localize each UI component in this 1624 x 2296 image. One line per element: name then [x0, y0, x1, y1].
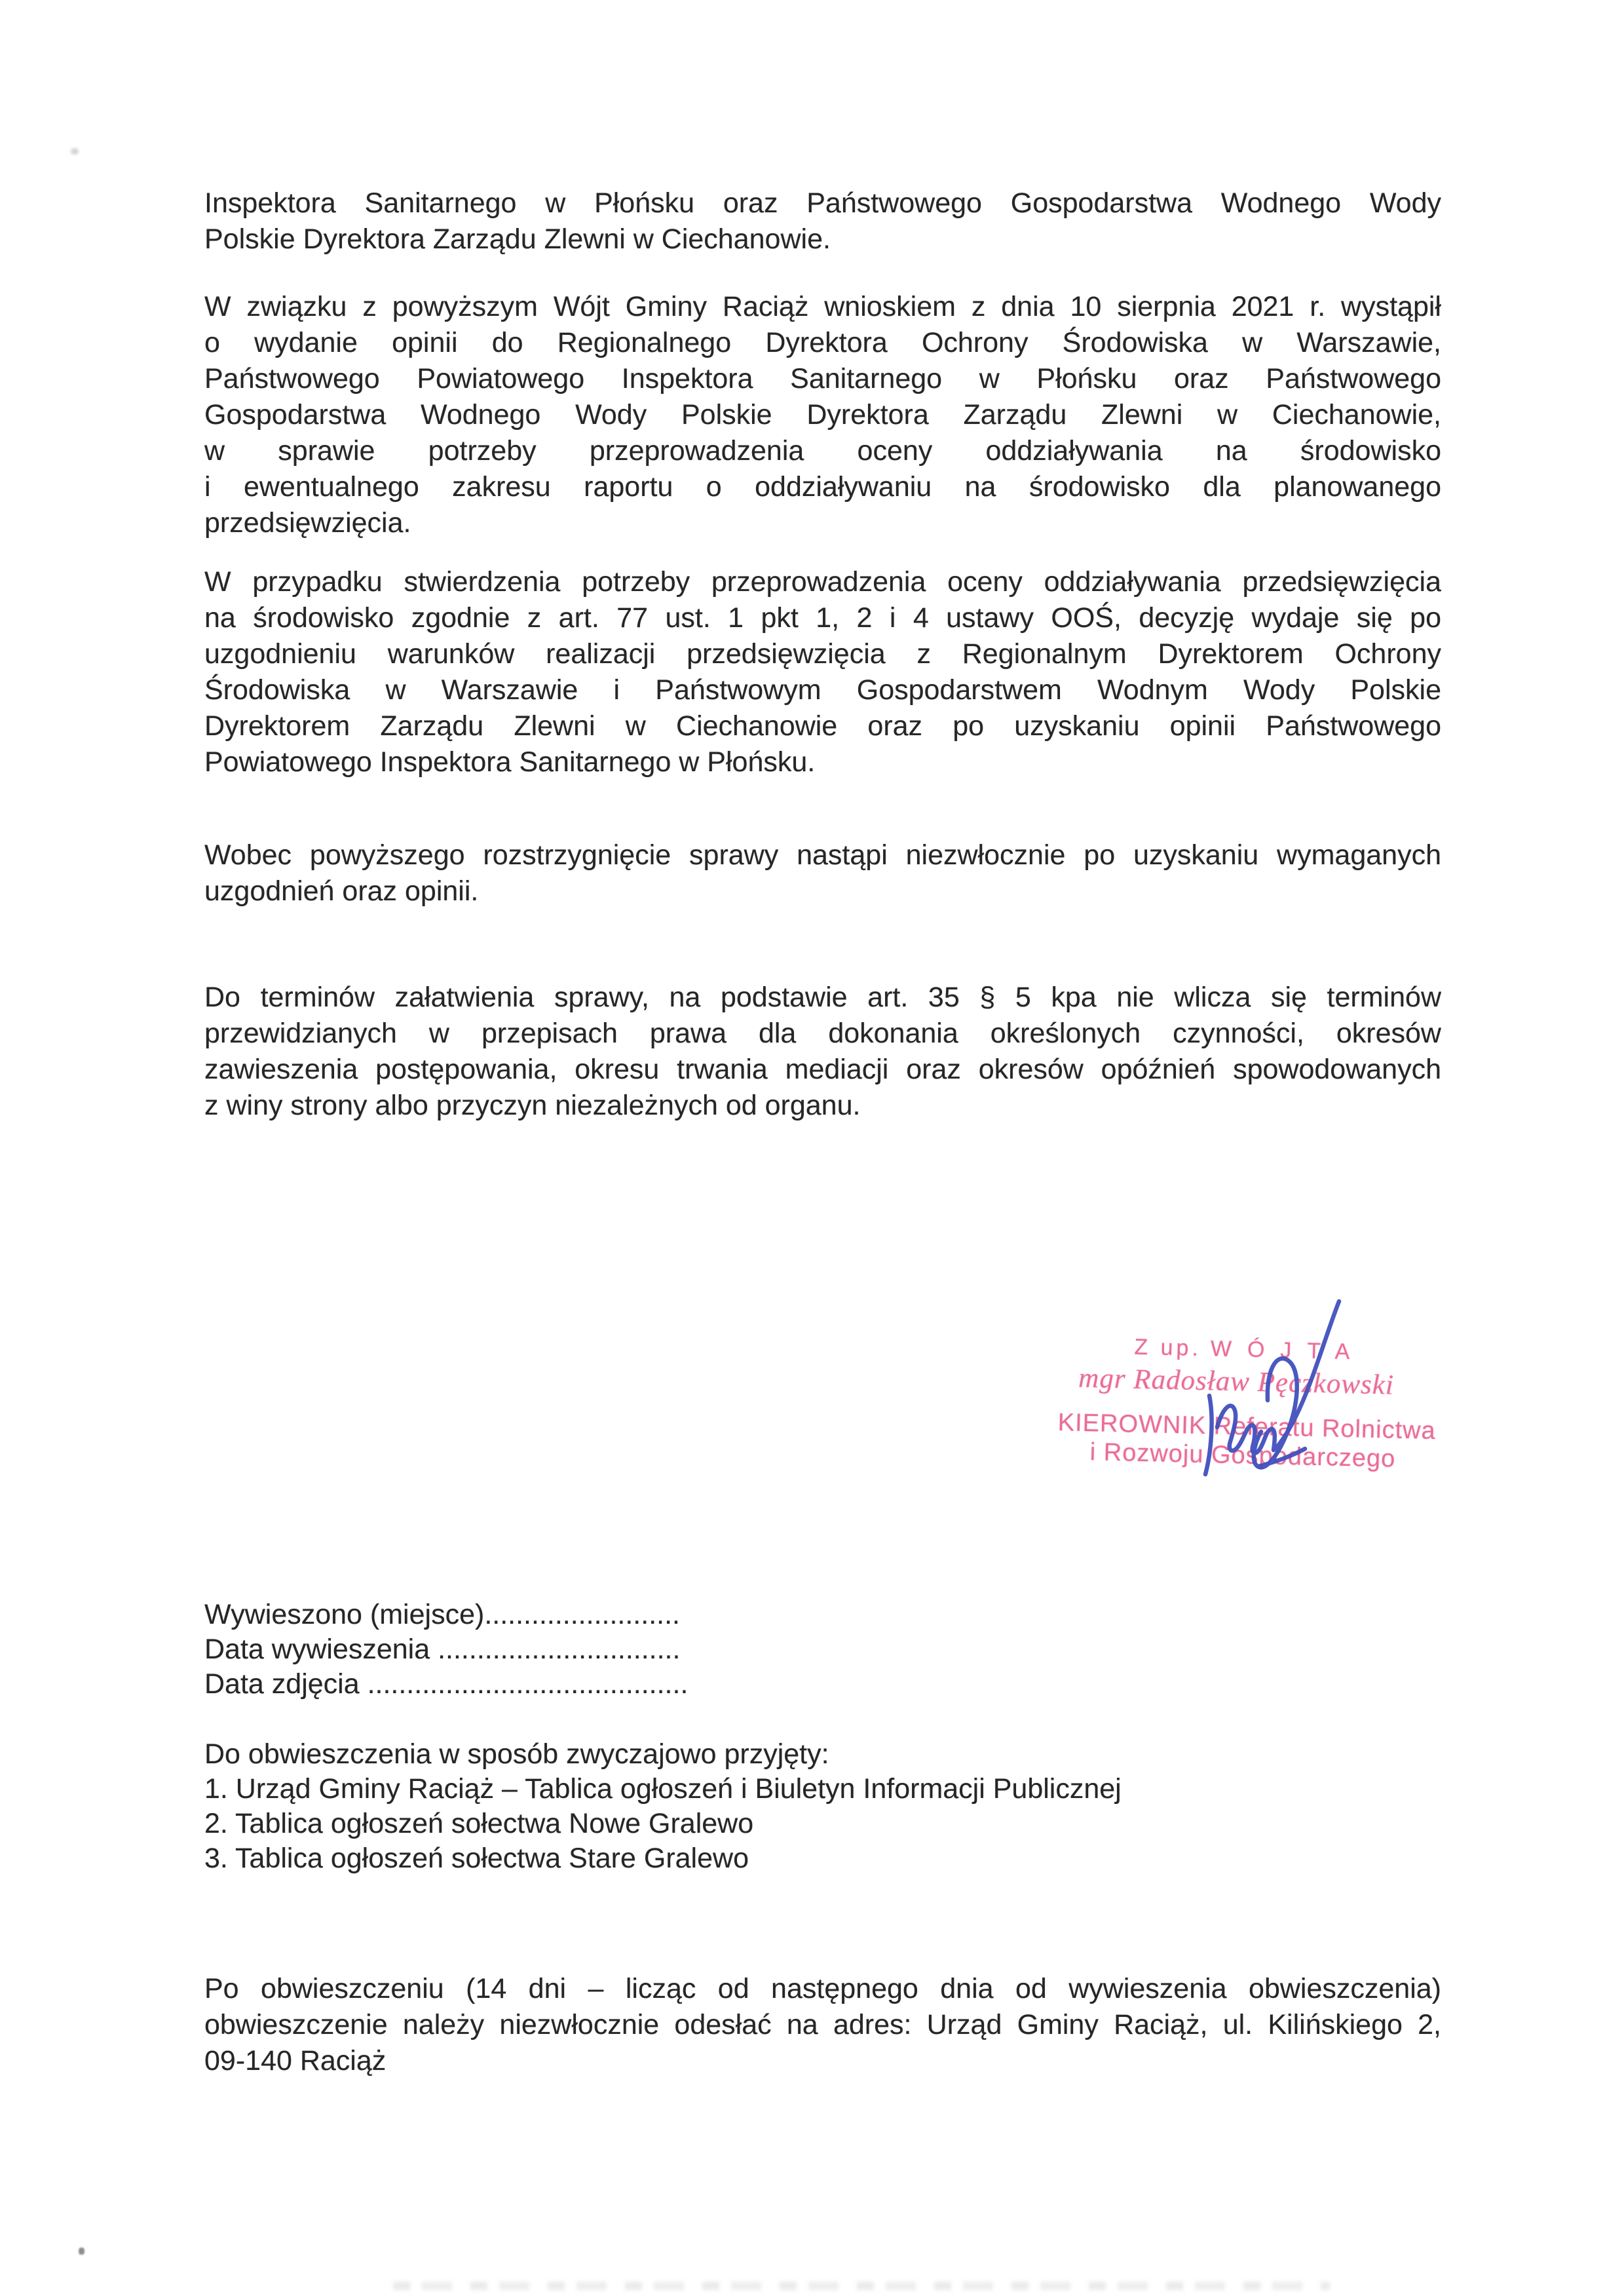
return-instruction-paragraph: Po obwieszczeniu (14 dni – licząc od nas…: [204, 1971, 1441, 2079]
text-line: Wobec powyższego rozstrzygnięcie sprawy …: [204, 837, 1441, 873]
text-line: Państwowego Powiatowego Inspektora Sanit…: [204, 361, 1441, 397]
distribution-list: Do obwieszczenia w sposób zwyczajowo prz…: [204, 1737, 1441, 1876]
posting-place-line: Wywieszono (miejsce)....................…: [204, 1598, 1441, 1632]
text-line: Do terminów załatwienia sprawy, na podst…: [204, 980, 1441, 1016]
posting-date-line: Data wywieszenia .......................…: [204, 1632, 1441, 1667]
text-line: obwieszczenie należy niezwłocznie odesła…: [204, 2007, 1441, 2043]
text-line: Polskie Dyrektora Zarządu Zlewni w Ciech…: [204, 221, 1441, 258]
text-line: Dyrektorem Zarządu Zlewni w Ciechanowie …: [204, 708, 1441, 744]
posting-fill-in-lines: Wywieszono (miejsce)....................…: [204, 1598, 1441, 1702]
distribution-list-item: 1. Urząd Gminy Raciąż – Tablica ogłoszeń…: [204, 1772, 1441, 1807]
text-line: w sprawie potrzeby przeprowadzenia oceny…: [204, 433, 1441, 469]
text-line: Po obwieszczeniu (14 dni – licząc od nas…: [204, 1971, 1441, 2007]
distribution-list-item: 2. Tablica ogłoszeń sołectwa Nowe Gralew…: [204, 1807, 1441, 1841]
text-line: przewidzianych w przepisach prawa dla do…: [204, 1016, 1441, 1052]
stamp-authority-prefix: Z up.: [1134, 1335, 1201, 1361]
text-line: Środowiska w Warszawie i Państwowym Gosp…: [204, 672, 1441, 708]
text-line: z winy strony albo przyczyn niezależnych…: [204, 1088, 1441, 1124]
scan-speck: [79, 2248, 85, 2255]
text-line: Gospodarstwa Wodnego Wody Polskie Dyrekt…: [204, 397, 1441, 433]
paragraph-5: Do terminów załatwienia sprawy, na podst…: [204, 980, 1441, 1124]
text-line: 09-140 Raciąż: [204, 2043, 1441, 2079]
paragraph-4: Wobec powyższego rozstrzygnięcie sprawy …: [204, 837, 1441, 909]
scan-speck: [71, 148, 79, 155]
distribution-list-heading: Do obwieszczenia w sposób zwyczajowo prz…: [204, 1737, 1441, 1772]
paragraph-3: W przypadku stwierdzenia potrzeby przepr…: [204, 564, 1441, 780]
text-line: przedsięwzięcia.: [204, 505, 1441, 541]
text-line: na środowisko zgodnie z art. 77 ust. 1 p…: [204, 600, 1441, 636]
text-line: uzgodnień oraz opinii.: [204, 873, 1441, 909]
text-line: i ewentualnego zakresu raportu o oddział…: [204, 469, 1441, 505]
text-line: o wydanie opinii do Regionalnego Dyrekto…: [204, 325, 1441, 361]
handwritten-signature-icon: [1199, 1292, 1350, 1489]
paragraph-1: Inspektora Sanitarnego w Płońsku oraz Pa…: [204, 185, 1441, 258]
removal-date-line: Data zdjęcia ...........................…: [204, 1667, 1441, 1702]
text-line: Inspektora Sanitarnego w Płońsku oraz Pa…: [204, 185, 1441, 221]
text-line: W przypadku stwierdzenia potrzeby przepr…: [204, 564, 1441, 600]
text-line: zawieszenia postępowania, okresu trwania…: [204, 1052, 1441, 1088]
scanned-document-page: Inspektora Sanitarnego w Płońsku oraz Pa…: [0, 0, 1624, 2296]
scan-bleed-through: [393, 2282, 1330, 2290]
distribution-list-item: 3. Tablica ogłoszeń sołectwa Stare Grale…: [204, 1841, 1441, 1876]
text-line: uzgodnieniu warunków realizacji przedsię…: [204, 636, 1441, 672]
text-line: Powiatowego Inspektora Sanitarnego w Pło…: [204, 744, 1441, 780]
paragraph-2: W związku z powyższym Wójt Gminy Raciąż …: [204, 289, 1441, 541]
text-line: W związku z powyższym Wójt Gminy Raciąż …: [204, 289, 1441, 325]
